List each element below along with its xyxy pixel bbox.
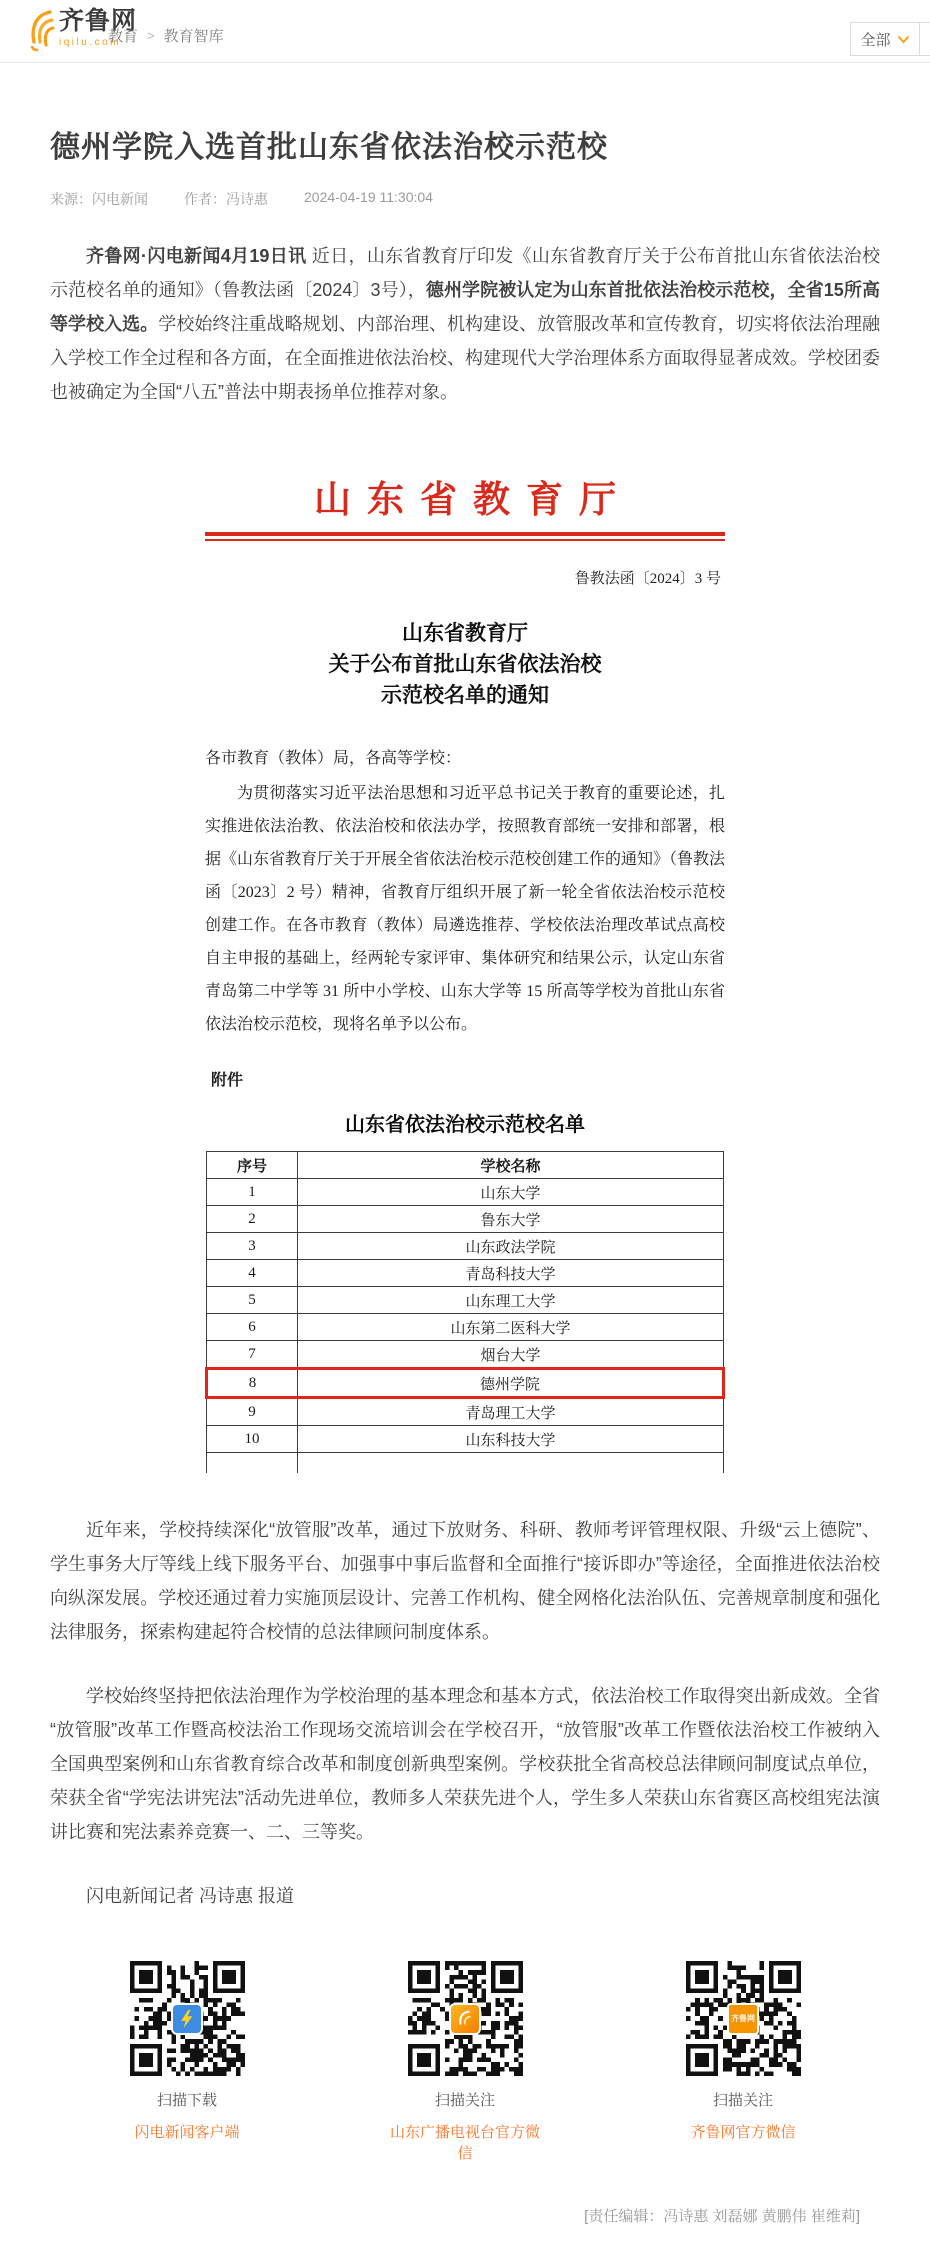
- document-salutation: 各市教育（教体）局，各高等学校：: [205, 743, 725, 775]
- school-cell: 山东理工大学: [298, 1287, 724, 1314]
- seq-cell: 6: [207, 1314, 298, 1341]
- school-cell: 山东科技大学: [298, 1426, 724, 1453]
- document-table-title: 山东省依法治校示范校名单: [205, 1108, 725, 1137]
- paragraph-1-lead: 齐鲁网·闪电新闻4月19日讯: [86, 246, 306, 266]
- search-category-dropdown[interactable]: 全部: [850, 22, 920, 56]
- seq-cell: 1: [207, 1179, 298, 1206]
- table-row: 2鲁东大学: [207, 1206, 724, 1233]
- school-cell: 德州学院: [298, 1369, 724, 1398]
- qr-link-iqilu-wechat[interactable]: 齐鲁网官方微信: [668, 2121, 818, 2142]
- school-cell: 鲁东大学: [298, 1206, 724, 1233]
- seq-cell: 7: [207, 1341, 298, 1369]
- school-cell: 山东政法学院: [298, 1233, 724, 1260]
- qr-block-shandian-app: 扫描下载 闪电新闻客户端: [112, 1961, 262, 2163]
- reporter-line: 闪电新闻记者 冯诗惠 报道: [50, 1879, 880, 1913]
- table-row-cropped: [207, 1453, 724, 1474]
- meta-source: 来源：闪电新闻: [50, 189, 148, 209]
- document-red-rule: [205, 532, 725, 541]
- shandian-news-logo-icon: [171, 2003, 203, 2035]
- document-body-text: 为贯彻落实习近平法治思想和习近平总书记关于教育的重要论述，扎实推进依法治教、依法…: [205, 777, 725, 1041]
- table-row: 3山东政法学院: [207, 1233, 724, 1260]
- document-heading-line-2: 关于公布首批山东省依法治校: [205, 649, 725, 680]
- seq-cell: 10: [207, 1426, 298, 1453]
- chevron-down-icon: [897, 35, 910, 44]
- document-number: 鲁教法函〔2024〕3 号: [209, 567, 721, 588]
- iqilu-logo-badge: 齐鲁网: [727, 2003, 759, 2035]
- breadcrumb-separator: >: [147, 28, 155, 43]
- page-title: 德州学院入选首批山东省依法治校示范校: [50, 127, 880, 169]
- lightning-icon: [176, 2008, 198, 2030]
- sdtv-logo-icon: [449, 2003, 481, 2035]
- qr-link-sdtv-wechat[interactable]: 山东广播电视台官方微信: [390, 2121, 540, 2163]
- school-cell: 烟台大学: [298, 1341, 724, 1369]
- column-header-seq: 序号: [207, 1152, 298, 1179]
- meta-author: 作者：冯诗惠: [184, 189, 268, 209]
- table-header-row: 序号 学校名称: [207, 1152, 724, 1179]
- meta-datetime: 2024-04-19 11:30:04: [304, 189, 433, 209]
- table-row: 6山东第二医科大学: [207, 1314, 724, 1341]
- table-row: 1山东大学: [207, 1179, 724, 1206]
- qr-link-shandian-client[interactable]: 闪电新闻客户端: [112, 2121, 262, 2142]
- paragraph-2: 近年来，学校持续深化“放管服”改革，通过下放财务、科研、教师考评管理权限、升级“…: [50, 1513, 880, 1649]
- table-row: 7烟台大学: [207, 1341, 724, 1369]
- school-cell: 山东第二医科大学: [298, 1314, 724, 1341]
- seq-cell: 5: [207, 1287, 298, 1314]
- document-heading-line-3: 示范校名单的通知: [205, 680, 725, 711]
- seq-cell: 2: [207, 1206, 298, 1233]
- breadcrumb: 教育 > 教育智库: [108, 25, 224, 46]
- seq-cell: 4: [207, 1260, 298, 1287]
- qr-code-image: [130, 1961, 245, 2076]
- qr-code-section: 扫描下载 闪电新闻客户端 扫描关注 山东广播电视台官方微信 齐鲁网 扫描关注 齐…: [50, 1961, 880, 2163]
- breadcrumb-link-subcategory[interactable]: 教育智库: [164, 25, 224, 46]
- paragraph-1: 齐鲁网·闪电新闻4月19日讯 近日，山东省教育厅印发《山东省教育厅关于公布首批山…: [50, 239, 880, 409]
- breadcrumb-link-category[interactable]: 教育: [108, 25, 138, 46]
- seq-cell: 9: [207, 1398, 298, 1426]
- editor-credit-line: [责任编辑：冯诗惠 刘磊娜 黄鹏伟 崔维莉]: [50, 2205, 860, 2226]
- paragraph-1-text-b: 学校始终注重战略规划、内部治理、机构建设、放管服改革和宣传教育，切实将依法治理融…: [50, 314, 880, 402]
- document-heading: 山东省教育厅 关于公布首批山东省依法治校 示范校名单的通知: [205, 618, 725, 711]
- school-cell: 青岛科技大学: [298, 1260, 724, 1287]
- table-row: 5山东理工大学: [207, 1287, 724, 1314]
- qr-caption: 扫描关注: [390, 2089, 540, 2110]
- document-agency-title: 山东省教育厅: [205, 455, 725, 523]
- qr-block-iqilu-wechat: 齐鲁网 扫描关注 齐鲁网官方微信: [668, 1961, 818, 2163]
- qr-caption: 扫描下载: [112, 2089, 262, 2110]
- iqilu-fingerprint-icon: [26, 9, 56, 53]
- document-heading-line-1: 山东省教育厅: [205, 618, 725, 649]
- paragraph-3: 学校始终坚持把依法治理作为学校治理的基本理念和基本方式，依法治校工作取得突出新成…: [50, 1679, 880, 1849]
- swirl-icon: [454, 2008, 476, 2030]
- search-box: 全部: [850, 22, 930, 56]
- qr-code-image: [408, 1961, 523, 2076]
- table-row-highlighted-dezhou: 8德州学院: [207, 1369, 724, 1398]
- search-category-value: 全部: [860, 29, 890, 50]
- qr-caption: 扫描关注: [668, 2089, 818, 2110]
- article-page: 德州学院入选首批山东省依法治校示范校 来源：闪电新闻 作者：冯诗惠 2024-0…: [50, 127, 880, 2226]
- seq-cell: 3: [207, 1233, 298, 1260]
- school-cell: 山东大学: [298, 1179, 724, 1206]
- column-header-school: 学校名称: [298, 1152, 724, 1179]
- official-document-image: 山东省教育厅 鲁教法函〔2024〕3 号 山东省教育厅 关于公布首批山东省依法治…: [205, 455, 725, 1473]
- article-meta: 来源：闪电新闻 作者：冯诗惠 2024-04-19 11:30:04: [50, 189, 880, 209]
- document-attachment-label: 附件: [205, 1067, 725, 1090]
- school-cell: 青岛理工大学: [298, 1398, 724, 1426]
- table-row: 10山东科技大学: [207, 1426, 724, 1453]
- site-header: 齐鲁网 iqilu.com 教育 > 教育智库 全部: [0, 0, 930, 63]
- seq-cell: 8: [207, 1369, 298, 1398]
- qr-code-image: 齐鲁网: [686, 1961, 801, 2076]
- search-input[interactable]: [920, 22, 930, 56]
- table-row: 9青岛理工大学: [207, 1398, 724, 1426]
- demonstration-schools-table: 序号 学校名称 1山东大学 2鲁东大学 3山东政法学院 4青岛科技大学 5山东理…: [205, 1151, 725, 1473]
- table-row: 4青岛科技大学: [207, 1260, 724, 1287]
- article-body: 齐鲁网·闪电新闻4月19日讯 近日，山东省教育厅印发《山东省教育厅关于公布首批山…: [50, 239, 880, 1913]
- qr-block-sdtv-wechat: 扫描关注 山东广播电视台官方微信: [390, 1961, 540, 2163]
